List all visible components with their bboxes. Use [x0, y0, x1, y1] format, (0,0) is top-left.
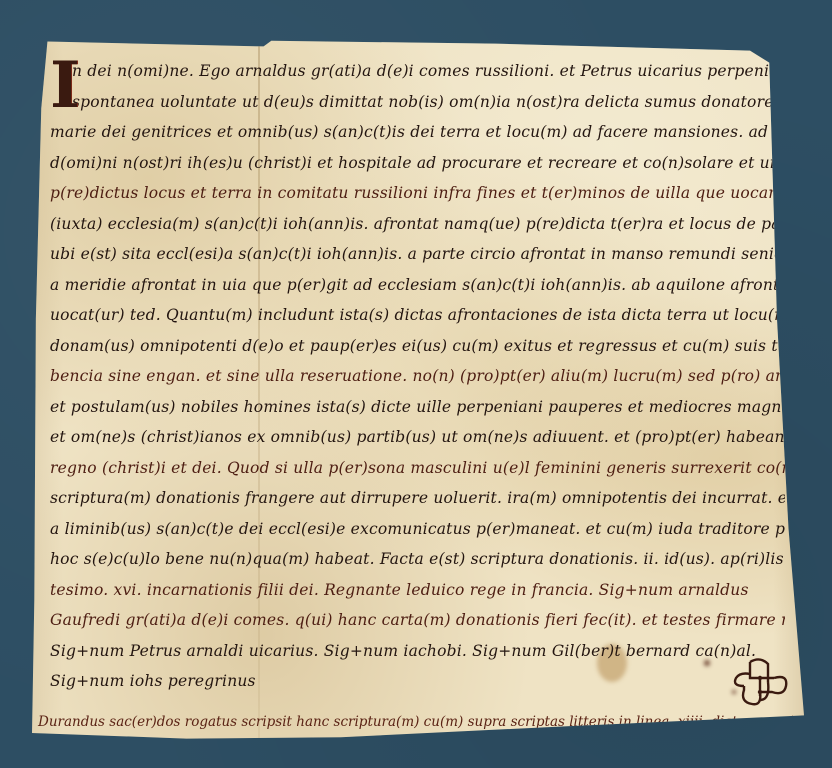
text-line: spontanea uoluntate ut d(eu)s dimittat n… — [72, 87, 785, 118]
text-line: (iuxta) ecclesia(m) s(an)c(t)i ioh(ann)i… — [50, 209, 785, 240]
decorated-initial: I — [50, 54, 80, 118]
signatures-line: Sig+num Petrus arnaldi uicarius. Sig+num… — [50, 636, 785, 667]
text-line: a liminib(us) s(an)c(t)e dei eccl(esi)e … — [50, 514, 785, 545]
text-line: p(re)dictus locus et terra in comitatu r… — [50, 178, 785, 209]
text-line: tesimo. xvi. incarnationis filii dei. Re… — [50, 575, 785, 606]
text-line: Gaufredi gr(ati)a d(e)i comes. q(ui) han… — [50, 605, 785, 636]
text-line: donam(us) omnipotenti d(e)o et paup(er)e… — [50, 331, 785, 362]
notary-knot-signum-icon — [730, 656, 792, 708]
text-line: bencia sine engan. et sine ulla reseruat… — [50, 361, 785, 392]
text-line: uocat(ur) ted. Quantu(m) includunt ista(… — [50, 300, 785, 331]
signatures-line: Sig+num iohs peregrinus — [50, 666, 785, 697]
text-line: marie dei genitrices et omnib(us) s(an)c… — [50, 117, 785, 148]
text-line: a meridie afrontat in uia que p(er)git a… — [50, 270, 785, 301]
text-line: n dei n(omi)ne. Ego arnaldus gr(ati)a d(… — [72, 56, 785, 87]
text-line: regno (christ)i et dei. Quod si ulla p(e… — [50, 453, 785, 484]
parchment-charter: I n dei n(omi)ne. Ego arnaldus gr(ati)a … — [32, 38, 804, 740]
charter-text: I n dei n(omi)ne. Ego arnaldus gr(ati)a … — [50, 56, 785, 697]
text-line: et postulam(us) nobiles homines ista(s) … — [50, 392, 785, 423]
text-line: et om(ne)s (christ)ianos ex omnib(us) pa… — [50, 422, 785, 453]
text-line: scriptura(m) donationis frangere aut dir… — [50, 483, 785, 514]
text-line: ubi e(st) sita eccl(esi)a s(an)c(t)i ioh… — [50, 239, 785, 270]
scribe-subscription: Durandus sac(er)dos rogatus scripsit han… — [38, 714, 778, 730]
text-line: d(omi)ni n(ost)ri ih(es)u (christ)i et h… — [50, 148, 785, 179]
text-line: hoc s(e)c(u)lo bene nu(n)qua(m) habeat. … — [50, 544, 785, 575]
